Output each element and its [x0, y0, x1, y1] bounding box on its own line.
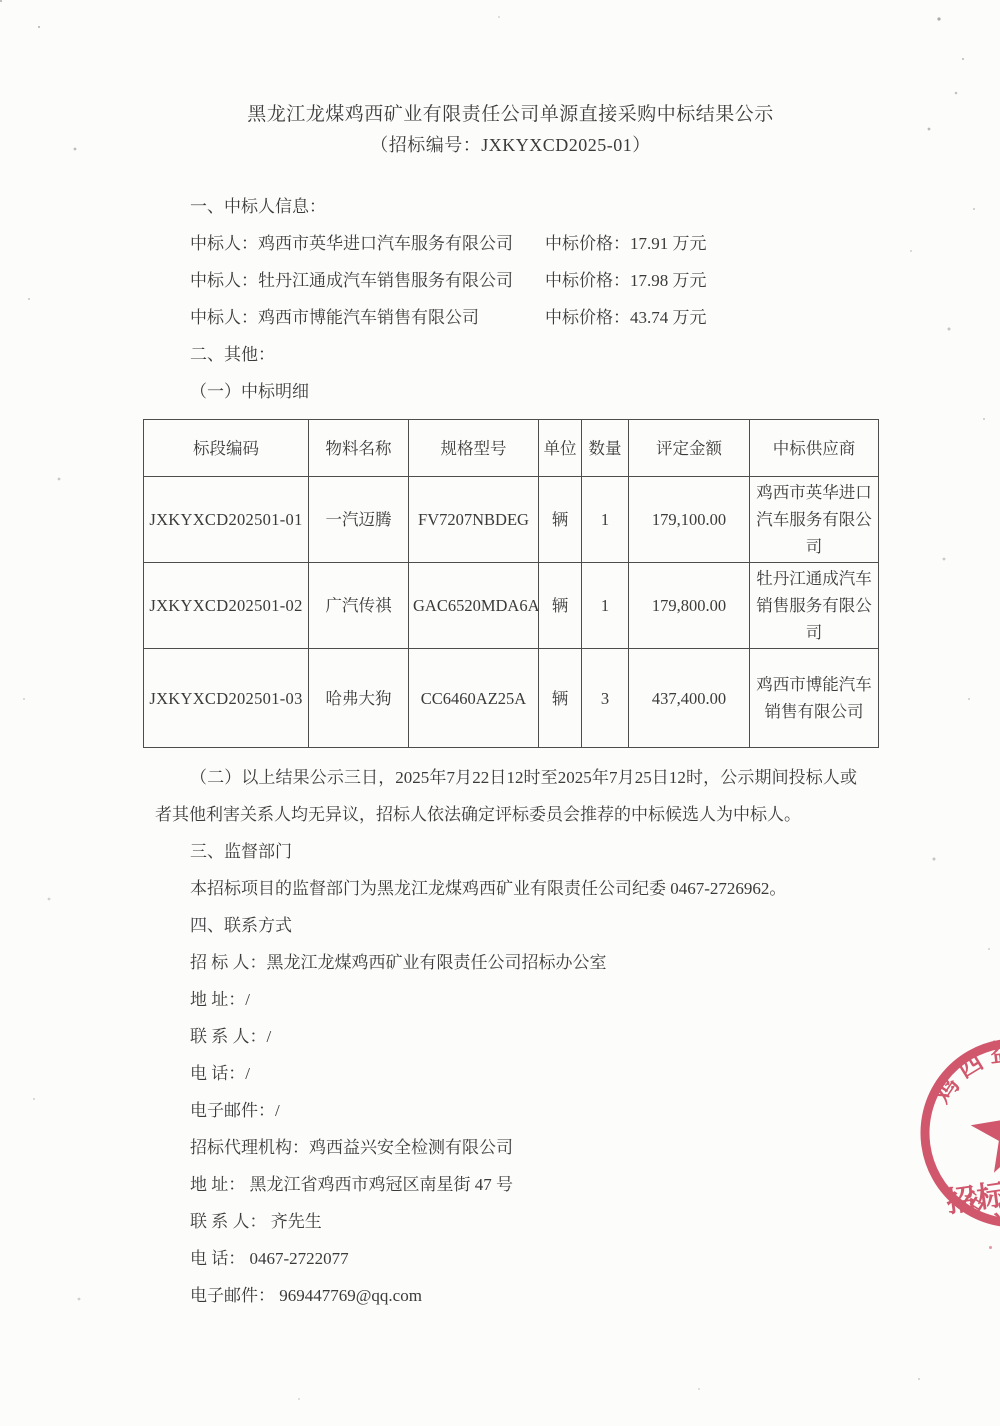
company-seal-stamp: 鸡西益兴安全检测有限公司 招标专用章	[880, 1000, 1000, 1300]
col-header-qty: 数量	[582, 420, 629, 477]
cell-model: CC6460AZ25A	[409, 649, 539, 748]
price-label: 中标价格：	[545, 271, 630, 290]
cell-material: 一汽迈腾	[309, 477, 409, 563]
section2-sub1-heading: （一）中标明细	[190, 373, 878, 410]
publicity-period-paragraph: （二）以上结果公示三日，2025年7月22日12时至2025年7月25日12时，…	[155, 759, 857, 833]
contact-line-email: 电子邮件：/	[190, 1092, 878, 1129]
bidder-name: 鸡西市英华进口汽车服务有限公司	[258, 234, 513, 253]
winner-bidder: 中标人：鸡西市英华进口汽车服务有限公司	[190, 225, 545, 262]
price-label: 中标价格：	[545, 308, 630, 327]
contact-line-agency-email: 电子邮件： 969447769@qq.com	[190, 1277, 878, 1314]
document-subtitle: （招标编号：JXKYXCD2025-01）	[143, 130, 878, 160]
cell-section-code: JXKYXCD202501-03	[144, 649, 309, 748]
price-label: 中标价格：	[545, 234, 630, 253]
section3-heading: 三、监督部门	[190, 833, 878, 870]
cell-material: 哈弗大狗	[309, 649, 409, 748]
cell-qty: 1	[582, 563, 629, 649]
section1-heading: 一、中标人信息：	[190, 188, 878, 225]
scanned-document-page: 黑龙江龙煤鸡西矿业有限责任公司单源直接采购中标结果公示 （招标编号：JXKYXC…	[0, 0, 1000, 1426]
bidder-name: 牡丹江通成汽车销售服务有限公司	[258, 271, 513, 290]
contact-line-tenderer: 招 标 人：黑龙江龙煤鸡西矿业有限责任公司招标办公室	[190, 944, 878, 981]
price-value: 43.74 万元	[630, 308, 707, 327]
winner-line: 中标人：鸡西市英华进口汽车服务有限公司 中标价格：17.91 万元	[190, 225, 878, 262]
document-content: 黑龙江龙煤鸡西矿业有限责任公司单源直接采购中标结果公示 （招标编号：JXKYXC…	[143, 0, 878, 1314]
table-row: JXKYXCD202501-01 一汽迈腾 FV7207NBDEG 辆 1 17…	[144, 477, 879, 563]
cell-model: FV7207NBDEG	[409, 477, 539, 563]
cell-unit: 辆	[539, 649, 582, 748]
contact-line-phone: 电 话：/	[190, 1055, 878, 1092]
cell-supplier: 鸡西市英华进口汽车服务有限公司	[750, 477, 879, 563]
cell-section-code: JXKYXCD202501-01	[144, 477, 309, 563]
cell-section-code: JXKYXCD202501-02	[144, 563, 309, 649]
contact-line-agency-person: 联 系 人： 齐先生	[190, 1203, 878, 1240]
price-value: 17.91 万元	[630, 234, 707, 253]
col-header-unit: 单位	[539, 420, 582, 477]
table-row: JXKYXCD202501-03 哈弗大狗 CC6460AZ25A 辆 3 43…	[144, 649, 879, 748]
cell-supplier: 鸡西市博能汽车销售有限公司	[750, 649, 879, 748]
winner-bidder: 中标人：牡丹江通成汽车销售服务有限公司	[190, 262, 545, 299]
contact-line-agency: 招标代理机构：鸡西益兴安全检测有限公司	[190, 1129, 878, 1166]
contact-line-agency-address: 地 址： 黑龙江省鸡西市鸡冠区南星街 47 号	[190, 1166, 878, 1203]
winner-price: 中标价格：17.98 万元	[545, 262, 707, 299]
contact-line-person: 联 系 人：/	[190, 1018, 878, 1055]
supervision-text: 本招标项目的监督部门为黑龙江龙煤鸡西矿业有限责任公司纪委 0467-272696…	[190, 870, 878, 907]
winner-price: 中标价格：43.74 万元	[545, 299, 707, 336]
section4-heading: 四、联系方式	[190, 907, 878, 944]
winner-line: 中标人：牡丹江通成汽车销售服务有限公司 中标价格：17.98 万元	[190, 262, 878, 299]
col-header-material: 物料名称	[309, 420, 409, 477]
document-title: 黑龙江龙煤鸡西矿业有限责任公司单源直接采购中标结果公示	[143, 100, 878, 130]
table-header-row: 标段编码 物料名称 规格型号 单位 数量 评定金额 中标供应商	[144, 420, 879, 477]
seal-star-icon	[966, 1082, 1000, 1175]
winner-price: 中标价格：17.91 万元	[545, 225, 707, 262]
bidder-name: 鸡西市博能汽车销售有限公司	[258, 308, 479, 327]
cell-unit: 辆	[539, 563, 582, 649]
award-details-table: 标段编码 物料名称 规格型号 单位 数量 评定金额 中标供应商 JXKYXCD2…	[143, 419, 879, 748]
col-header-section-code: 标段编码	[144, 420, 309, 477]
winner-bidder: 中标人：鸡西市博能汽车销售有限公司	[190, 299, 545, 336]
price-value: 17.98 万元	[630, 271, 707, 290]
bidder-label: 中标人：	[190, 308, 258, 327]
bidder-label: 中标人：	[190, 234, 258, 253]
contact-line-address: 地 址：/	[190, 981, 878, 1018]
bidder-label: 中标人：	[190, 271, 258, 290]
cell-amount: 179,100.00	[629, 477, 750, 563]
cell-amount: 437,400.00	[629, 649, 750, 748]
col-header-model: 规格型号	[409, 420, 539, 477]
winner-line: 中标人：鸡西市博能汽车销售有限公司 中标价格：43.74 万元	[190, 299, 878, 336]
cell-amount: 179,800.00	[629, 563, 750, 649]
cell-model: GAC6520MDA6A	[409, 563, 539, 649]
cell-unit: 辆	[539, 477, 582, 563]
cell-material: 广汽传祺	[309, 563, 409, 649]
table-row: JXKYXCD202501-02 广汽传祺 GAC6520MDA6A 辆 1 1…	[144, 563, 879, 649]
seal-label-text: 招标专用章	[944, 1164, 1000, 1219]
cell-supplier: 牡丹江通成汽车销售服务有限公司	[750, 563, 879, 649]
col-header-supplier: 中标供应商	[750, 420, 879, 477]
cell-qty: 3	[582, 649, 629, 748]
contact-line-agency-phone: 电 话： 0467-2722077	[190, 1240, 878, 1277]
col-header-amount: 评定金额	[629, 420, 750, 477]
scan-noise	[0, 0, 2, 2]
cell-qty: 1	[582, 477, 629, 563]
section2-heading: 二、其他：	[190, 336, 878, 373]
